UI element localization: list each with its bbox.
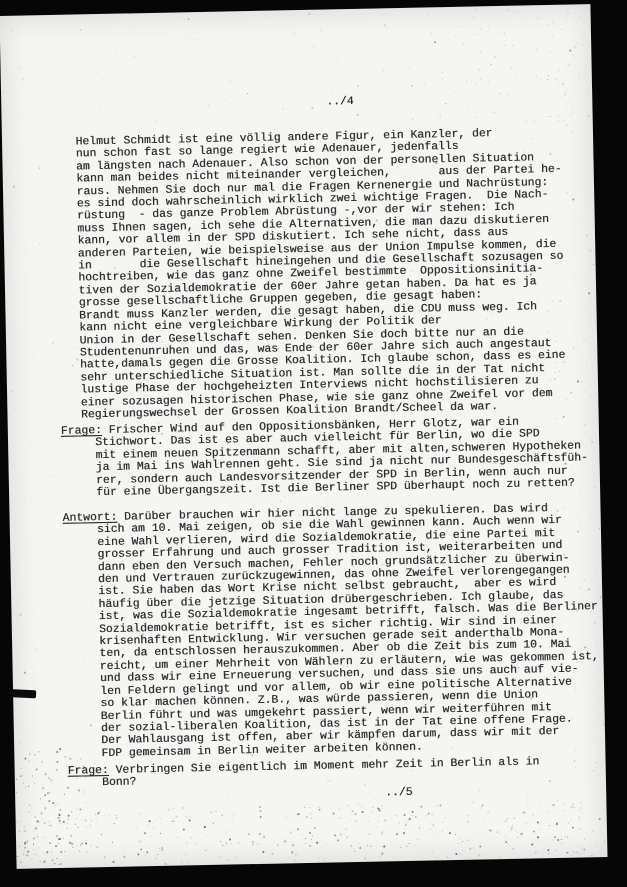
scan-noise-speck xyxy=(479,790,480,791)
scan-noise-speck xyxy=(396,815,397,816)
scan-noise-speck xyxy=(549,379,550,380)
scan-noise-speck xyxy=(366,845,368,847)
scan-noise-speck xyxy=(135,307,136,308)
scan-noise-speck xyxy=(325,844,326,845)
scan-noise-speck xyxy=(532,844,534,846)
scan-noise-speck xyxy=(589,843,590,844)
scan-noise-speck xyxy=(51,781,52,782)
scan-noise-speck xyxy=(112,861,114,863)
scan-noise-speck xyxy=(188,18,190,20)
scan-noise-speck xyxy=(259,833,261,835)
scan-noise-speck xyxy=(141,342,142,343)
scan-noise-speck xyxy=(44,822,46,824)
scan-noise-speck xyxy=(480,807,481,808)
scan-noise-speck xyxy=(288,753,289,754)
scan-noise-speck xyxy=(152,822,153,823)
scan-noise-speck xyxy=(233,210,234,211)
scan-noise-speck xyxy=(581,381,582,382)
scan-noise-speck xyxy=(48,509,49,510)
scan-noise-speck xyxy=(505,820,507,822)
photocopy-smudge-mark xyxy=(8,689,36,698)
scan-noise-speck xyxy=(17,855,18,856)
scan-noise-speck xyxy=(26,854,27,855)
scan-noise-speck xyxy=(60,823,61,824)
scan-noise-speck xyxy=(160,818,161,819)
scan-noise-speck xyxy=(461,26,462,27)
scan-noise-speck xyxy=(512,848,514,850)
scan-noise-speck xyxy=(290,831,292,833)
scan-noise-speck xyxy=(554,836,556,838)
scan-noise-speck xyxy=(433,22,434,23)
scan-noise-speck xyxy=(437,272,438,273)
scan-noise-speck xyxy=(46,851,48,853)
scan-noise-speck xyxy=(585,391,586,392)
scan-noise-speck xyxy=(72,847,73,848)
scan-noise-speck xyxy=(332,92,333,93)
scan-noise-speck xyxy=(575,687,576,688)
scan-noise-speck xyxy=(434,41,436,43)
scan-noise-speck xyxy=(534,121,535,122)
scan-noise-speck xyxy=(13,464,14,465)
scan-noise-speck xyxy=(442,72,443,73)
scan-noise-speck xyxy=(16,779,17,780)
scan-noise-speck xyxy=(332,758,333,759)
scan-noise-speck xyxy=(264,16,265,17)
scan-noise-speck xyxy=(320,817,321,818)
scan-noise-speck xyxy=(90,825,91,826)
scan-noise-speck xyxy=(421,805,423,807)
scan-noise-speck xyxy=(516,74,517,75)
question-2-text: Verbringen Sie eigentlich im Moment mehr… xyxy=(68,756,540,790)
scan-noise-speck xyxy=(309,832,311,834)
scan-noise-speck xyxy=(415,844,416,845)
scan-noise-speck xyxy=(32,808,33,809)
scan-noise-speck xyxy=(20,775,22,777)
scan-noise-speck xyxy=(574,57,575,58)
scan-noise-speck xyxy=(575,750,576,751)
scan-noise-speck xyxy=(229,838,231,840)
scan-noise-speck xyxy=(446,856,448,858)
scan-noise-speck xyxy=(495,56,496,57)
scan-noise-speck xyxy=(34,783,35,784)
scan-noise-speck xyxy=(58,843,59,844)
scan-noise-speck xyxy=(354,820,356,822)
document-page: ../4 Helmut Schmidt ist eine völlig ande… xyxy=(0,4,608,869)
scan-noise-speck xyxy=(76,358,78,360)
scan-noise-speck xyxy=(564,575,566,577)
scan-noise-speck xyxy=(425,814,426,815)
scan-noise-speck xyxy=(295,854,296,855)
scan-noise-speck xyxy=(18,114,19,115)
scan-noise-speck xyxy=(574,807,575,808)
scan-noise-speck xyxy=(309,12,311,14)
scan-noise-speck xyxy=(472,802,473,803)
scan-noise-speck xyxy=(442,830,443,831)
scan-noise-speck xyxy=(414,816,416,818)
scan-noise-speck xyxy=(77,808,78,809)
scan-noise-speck xyxy=(301,406,302,407)
scan-noise-speck xyxy=(351,556,352,557)
scan-noise-speck xyxy=(161,849,163,851)
scan-noise-speck xyxy=(406,846,407,847)
scan-noise-speck xyxy=(155,119,156,120)
scan-noise-speck xyxy=(12,30,13,31)
scan-noise-speck xyxy=(41,813,43,815)
scan-noise-speck xyxy=(302,834,303,835)
scan-noise-speck xyxy=(21,860,22,861)
scan-noise-speck xyxy=(155,858,156,859)
scan-noise-speck xyxy=(182,862,183,863)
scan-noise-speck xyxy=(33,359,34,360)
scan-noise-speck xyxy=(557,800,558,801)
scan-noise-speck xyxy=(573,349,574,350)
scan-noise-speck xyxy=(19,846,20,847)
scan-noise-speck xyxy=(226,313,228,315)
scan-noise-speck xyxy=(52,342,54,344)
scan-noise-speck xyxy=(468,108,469,109)
scan-noise-speck xyxy=(333,813,335,815)
scan-noise-speck xyxy=(585,424,586,425)
scan-noise-speck xyxy=(454,92,455,93)
scan-noise-speck xyxy=(189,816,190,817)
scan-noise-speck xyxy=(499,833,500,834)
scan-noise-speck xyxy=(130,730,131,731)
scan-noise-speck xyxy=(68,818,69,819)
scan-noise-speck xyxy=(172,821,173,822)
scan-noise-speck xyxy=(390,783,391,784)
scan-noise-speck xyxy=(27,825,28,826)
scan-noise-speck xyxy=(408,22,409,23)
scan-noise-speck xyxy=(33,838,35,840)
scan-noise-speck xyxy=(594,487,595,488)
scan-noise-speck xyxy=(146,854,147,855)
scan-noise-speck xyxy=(586,366,587,367)
scan-noise-speck xyxy=(430,822,431,823)
scan-noise-speck xyxy=(440,113,441,114)
scan-noise-speck xyxy=(468,64,469,65)
scan-noise-speck xyxy=(598,586,599,587)
scan-noise-speck xyxy=(563,594,564,595)
scan-noise-speck xyxy=(147,825,148,826)
scan-noise-speck xyxy=(593,830,594,831)
scan-noise-speck xyxy=(571,819,572,820)
scan-noise-speck xyxy=(578,42,579,43)
scan-noise-speck xyxy=(351,845,353,847)
scan-noise-speck xyxy=(581,37,582,38)
scan-noise-speck xyxy=(558,85,559,86)
scan-noise-speck xyxy=(595,490,596,491)
scan-noise-speck xyxy=(495,831,497,833)
scan-noise-speck xyxy=(220,841,221,842)
scan-noise-speck xyxy=(53,476,54,477)
scan-noise-speck xyxy=(27,841,28,842)
scan-noise-speck xyxy=(154,863,155,864)
scan-noise-speck xyxy=(588,92,589,93)
scan-noise-speck xyxy=(27,850,29,852)
scan-noise-speck xyxy=(53,802,55,804)
scan-noise-speck xyxy=(246,799,247,800)
scan-noise-speck xyxy=(83,791,84,792)
scan-noise-speck xyxy=(519,456,520,457)
scan-noise-speck xyxy=(494,96,495,97)
scan-noise-speck xyxy=(567,102,568,103)
scan-noise-speck xyxy=(447,828,448,829)
scan-noise-speck xyxy=(86,414,87,415)
scan-noise-speck xyxy=(562,485,563,486)
scan-noise-speck xyxy=(66,766,67,767)
scan-noise-speck xyxy=(570,391,572,393)
scan-noise-speck xyxy=(263,836,265,838)
scan-noise-speck xyxy=(16,822,17,823)
scan-noise-speck xyxy=(116,817,118,819)
scan-noise-speck xyxy=(99,165,100,166)
scan-noise-speck xyxy=(172,818,173,819)
scan-noise-speck xyxy=(443,217,444,218)
scan-noise-speck xyxy=(136,456,137,457)
answer-block-1: Antwort: Darüber brauchen wir hier nicht… xyxy=(62,502,600,761)
scan-noise-speck xyxy=(233,819,234,820)
scan-noise-speck xyxy=(525,449,526,450)
scan-noise-speck xyxy=(405,824,407,826)
scan-noise-speck xyxy=(286,167,288,169)
scan-noise-speck xyxy=(523,150,524,151)
scan-noise-speck xyxy=(403,832,405,834)
scan-noise-speck xyxy=(572,827,574,829)
scan-noise-speck xyxy=(215,811,216,812)
scan-noise-speck xyxy=(26,855,28,857)
scan-noise-speck xyxy=(104,857,105,858)
scan-noise-speck xyxy=(364,858,365,859)
scan-noise-speck xyxy=(137,854,139,856)
scan-noise-speck xyxy=(574,766,575,767)
scan-noise-speck xyxy=(111,615,112,616)
scan-noise-speck xyxy=(517,100,518,101)
scan-noise-speck xyxy=(419,828,420,829)
scan-noise-speck xyxy=(523,811,524,812)
scan-noise-speck xyxy=(526,823,527,824)
scan-noise-speck xyxy=(50,792,51,793)
scan-noise-speck xyxy=(103,815,104,816)
scan-noise-speck xyxy=(591,855,592,856)
scan-noise-speck xyxy=(381,808,382,809)
scan-noise-speck xyxy=(533,831,535,833)
scan-noise-speck xyxy=(174,820,175,821)
scan-noise-speck xyxy=(500,446,501,447)
scan-noise-speck xyxy=(316,842,318,844)
scan-noise-speck xyxy=(85,826,86,827)
scan-noise-speck xyxy=(130,24,131,25)
scan-noise-speck xyxy=(38,752,39,753)
scan-noise-speck xyxy=(357,113,359,115)
scan-noise-speck xyxy=(577,349,578,350)
scan-noise-speck xyxy=(298,600,299,601)
scan-noise-speck xyxy=(139,481,140,482)
scan-noise-speck xyxy=(368,821,369,822)
scan-noise-speck xyxy=(326,498,327,499)
scan-noise-speck xyxy=(550,115,551,116)
scan-noise-speck xyxy=(346,666,347,667)
scan-noise-speck xyxy=(477,54,478,55)
scan-noise-speck xyxy=(211,857,212,858)
scan-noise-speck xyxy=(463,849,464,850)
scan-noise-speck xyxy=(25,787,26,788)
scan-noise-speck xyxy=(355,362,356,363)
scan-noise-speck xyxy=(480,78,481,79)
scan-noise-speck xyxy=(424,85,425,86)
scan-noise-speck xyxy=(581,807,582,808)
scan-noise-speck xyxy=(36,855,37,856)
scan-noise-speck xyxy=(313,827,315,829)
scan-noise-speck xyxy=(252,841,254,843)
scan-noise-speck xyxy=(78,790,80,792)
scan-noise-speck xyxy=(258,299,260,301)
scan-noise-speck xyxy=(479,846,481,848)
scan-noise-speck xyxy=(49,826,50,827)
scan-noise-speck xyxy=(101,835,102,836)
scan-noise-speck xyxy=(16,792,17,793)
scan-noise-speck xyxy=(549,85,550,86)
scan-noise-speck xyxy=(96,847,98,849)
scan-noise-speck xyxy=(148,820,150,822)
scan-noise-speck xyxy=(23,804,24,805)
scan-noise-speck xyxy=(548,505,549,506)
scan-noise-speck xyxy=(592,152,593,153)
scan-noise-speck xyxy=(337,61,338,62)
scan-noise-speck xyxy=(437,520,438,521)
scan-noise-speck xyxy=(112,769,113,770)
scan-noise-speck xyxy=(157,854,158,855)
scan-noise-speck xyxy=(178,651,179,652)
scan-noise-speck xyxy=(139,814,140,815)
scan-noise-speck xyxy=(358,843,359,844)
scan-noise-speck xyxy=(80,844,81,845)
scan-noise-speck xyxy=(481,80,482,81)
question-1-label: Frage: xyxy=(61,425,102,438)
scan-noise-speck xyxy=(99,109,100,110)
scan-noise-speck xyxy=(558,120,559,121)
scan-noise-speck xyxy=(576,852,577,853)
scan-noise-speck xyxy=(150,836,151,837)
scan-noise-speck xyxy=(318,858,319,859)
scan-noise-speck xyxy=(75,824,76,825)
scan-noise-speck xyxy=(305,816,307,818)
scan-noise-speck xyxy=(175,815,177,817)
scan-noise-speck xyxy=(563,119,564,120)
scan-noise-speck xyxy=(355,813,357,815)
scan-noise-speck xyxy=(188,546,189,547)
scan-noise-speck xyxy=(440,116,441,117)
scan-noise-speck xyxy=(582,813,583,814)
scan-noise-speck xyxy=(379,810,381,812)
scan-noise-speck xyxy=(179,288,180,289)
scan-noise-speck xyxy=(24,847,26,849)
scan-noise-speck xyxy=(580,829,581,830)
scan-noise-speck xyxy=(458,843,459,844)
scan-noise-speck xyxy=(96,818,97,819)
scan-noise-speck xyxy=(442,7,443,8)
scan-noise-speck xyxy=(590,84,591,85)
scan-noise-speck xyxy=(139,841,140,842)
scan-noise-speck xyxy=(378,820,379,821)
scan-noise-speck xyxy=(95,72,96,73)
scan-noise-speck xyxy=(35,828,37,830)
scan-noise-speck xyxy=(561,843,562,844)
scan-noise-speck xyxy=(481,804,483,806)
scan-noise-speck xyxy=(566,851,568,853)
scan-noise-speck xyxy=(172,808,174,810)
scan-noise-speck xyxy=(24,757,26,759)
scan-noise-speck xyxy=(212,823,213,824)
scan-noise-speck xyxy=(289,646,290,647)
scan-noise-speck xyxy=(67,815,69,817)
scan-noise-speck xyxy=(44,837,45,838)
scan-noise-speck xyxy=(510,828,512,830)
scan-noise-speck xyxy=(359,319,360,320)
scan-noise-speck xyxy=(358,581,360,583)
scan-noise-speck xyxy=(511,68,512,69)
scan-noise-speck xyxy=(557,822,558,823)
scan-noise-speck xyxy=(412,118,414,120)
scan-noise-speck xyxy=(334,834,336,836)
scan-noise-speck xyxy=(471,531,472,532)
scan-noise-speck xyxy=(152,382,153,383)
scan-noise-speck xyxy=(494,714,495,715)
scan-noise-speck xyxy=(337,839,339,841)
scan-noise-speck xyxy=(44,854,45,855)
scan-noise-speck xyxy=(140,382,142,384)
scan-noise-speck xyxy=(163,168,164,169)
scan-noise-speck xyxy=(109,814,110,815)
scan-noise-speck xyxy=(463,44,464,45)
scan-noise-speck xyxy=(488,81,489,82)
scan-noise-speck xyxy=(517,12,518,13)
page-number-bottom: ../5 xyxy=(385,787,413,800)
scan-noise-speck xyxy=(222,844,223,845)
scan-noise-speck xyxy=(28,760,29,761)
scan-noise-speck xyxy=(238,842,239,843)
scan-noise-speck xyxy=(114,266,116,268)
scan-noise-speck xyxy=(280,798,281,799)
scan-noise-speck xyxy=(436,857,437,858)
scan-noise-speck xyxy=(517,837,518,838)
scan-noise-speck xyxy=(20,614,22,616)
scan-noise-speck xyxy=(416,685,417,686)
scan-noise-speck xyxy=(45,807,47,809)
scan-noise-speck xyxy=(183,18,184,19)
scan-noise-speck xyxy=(84,819,86,821)
scan-noise-speck xyxy=(459,838,460,839)
scan-noise-speck xyxy=(296,814,297,815)
scan-noise-speck xyxy=(340,817,341,818)
scan-noise-speck xyxy=(305,843,306,844)
scan-noise-speck xyxy=(488,30,489,31)
scan-noise-speck xyxy=(58,864,59,865)
scan-noise-speck xyxy=(468,815,469,816)
scan-noise-speck xyxy=(582,148,583,149)
scan-noise-speck xyxy=(79,813,80,814)
scan-noise-speck xyxy=(488,448,489,449)
scan-noise-speck xyxy=(549,52,550,53)
scan-noise-speck xyxy=(114,823,115,824)
scan-noise-speck xyxy=(454,682,456,684)
scan-noise-speck xyxy=(272,104,273,105)
scan-noise-speck xyxy=(20,820,21,821)
scan-noise-speck xyxy=(61,58,62,59)
scan-noise-speck xyxy=(54,863,55,864)
scan-noise-speck xyxy=(248,93,249,94)
scan-noise-speck xyxy=(76,769,77,770)
scan-noise-speck xyxy=(494,57,495,58)
